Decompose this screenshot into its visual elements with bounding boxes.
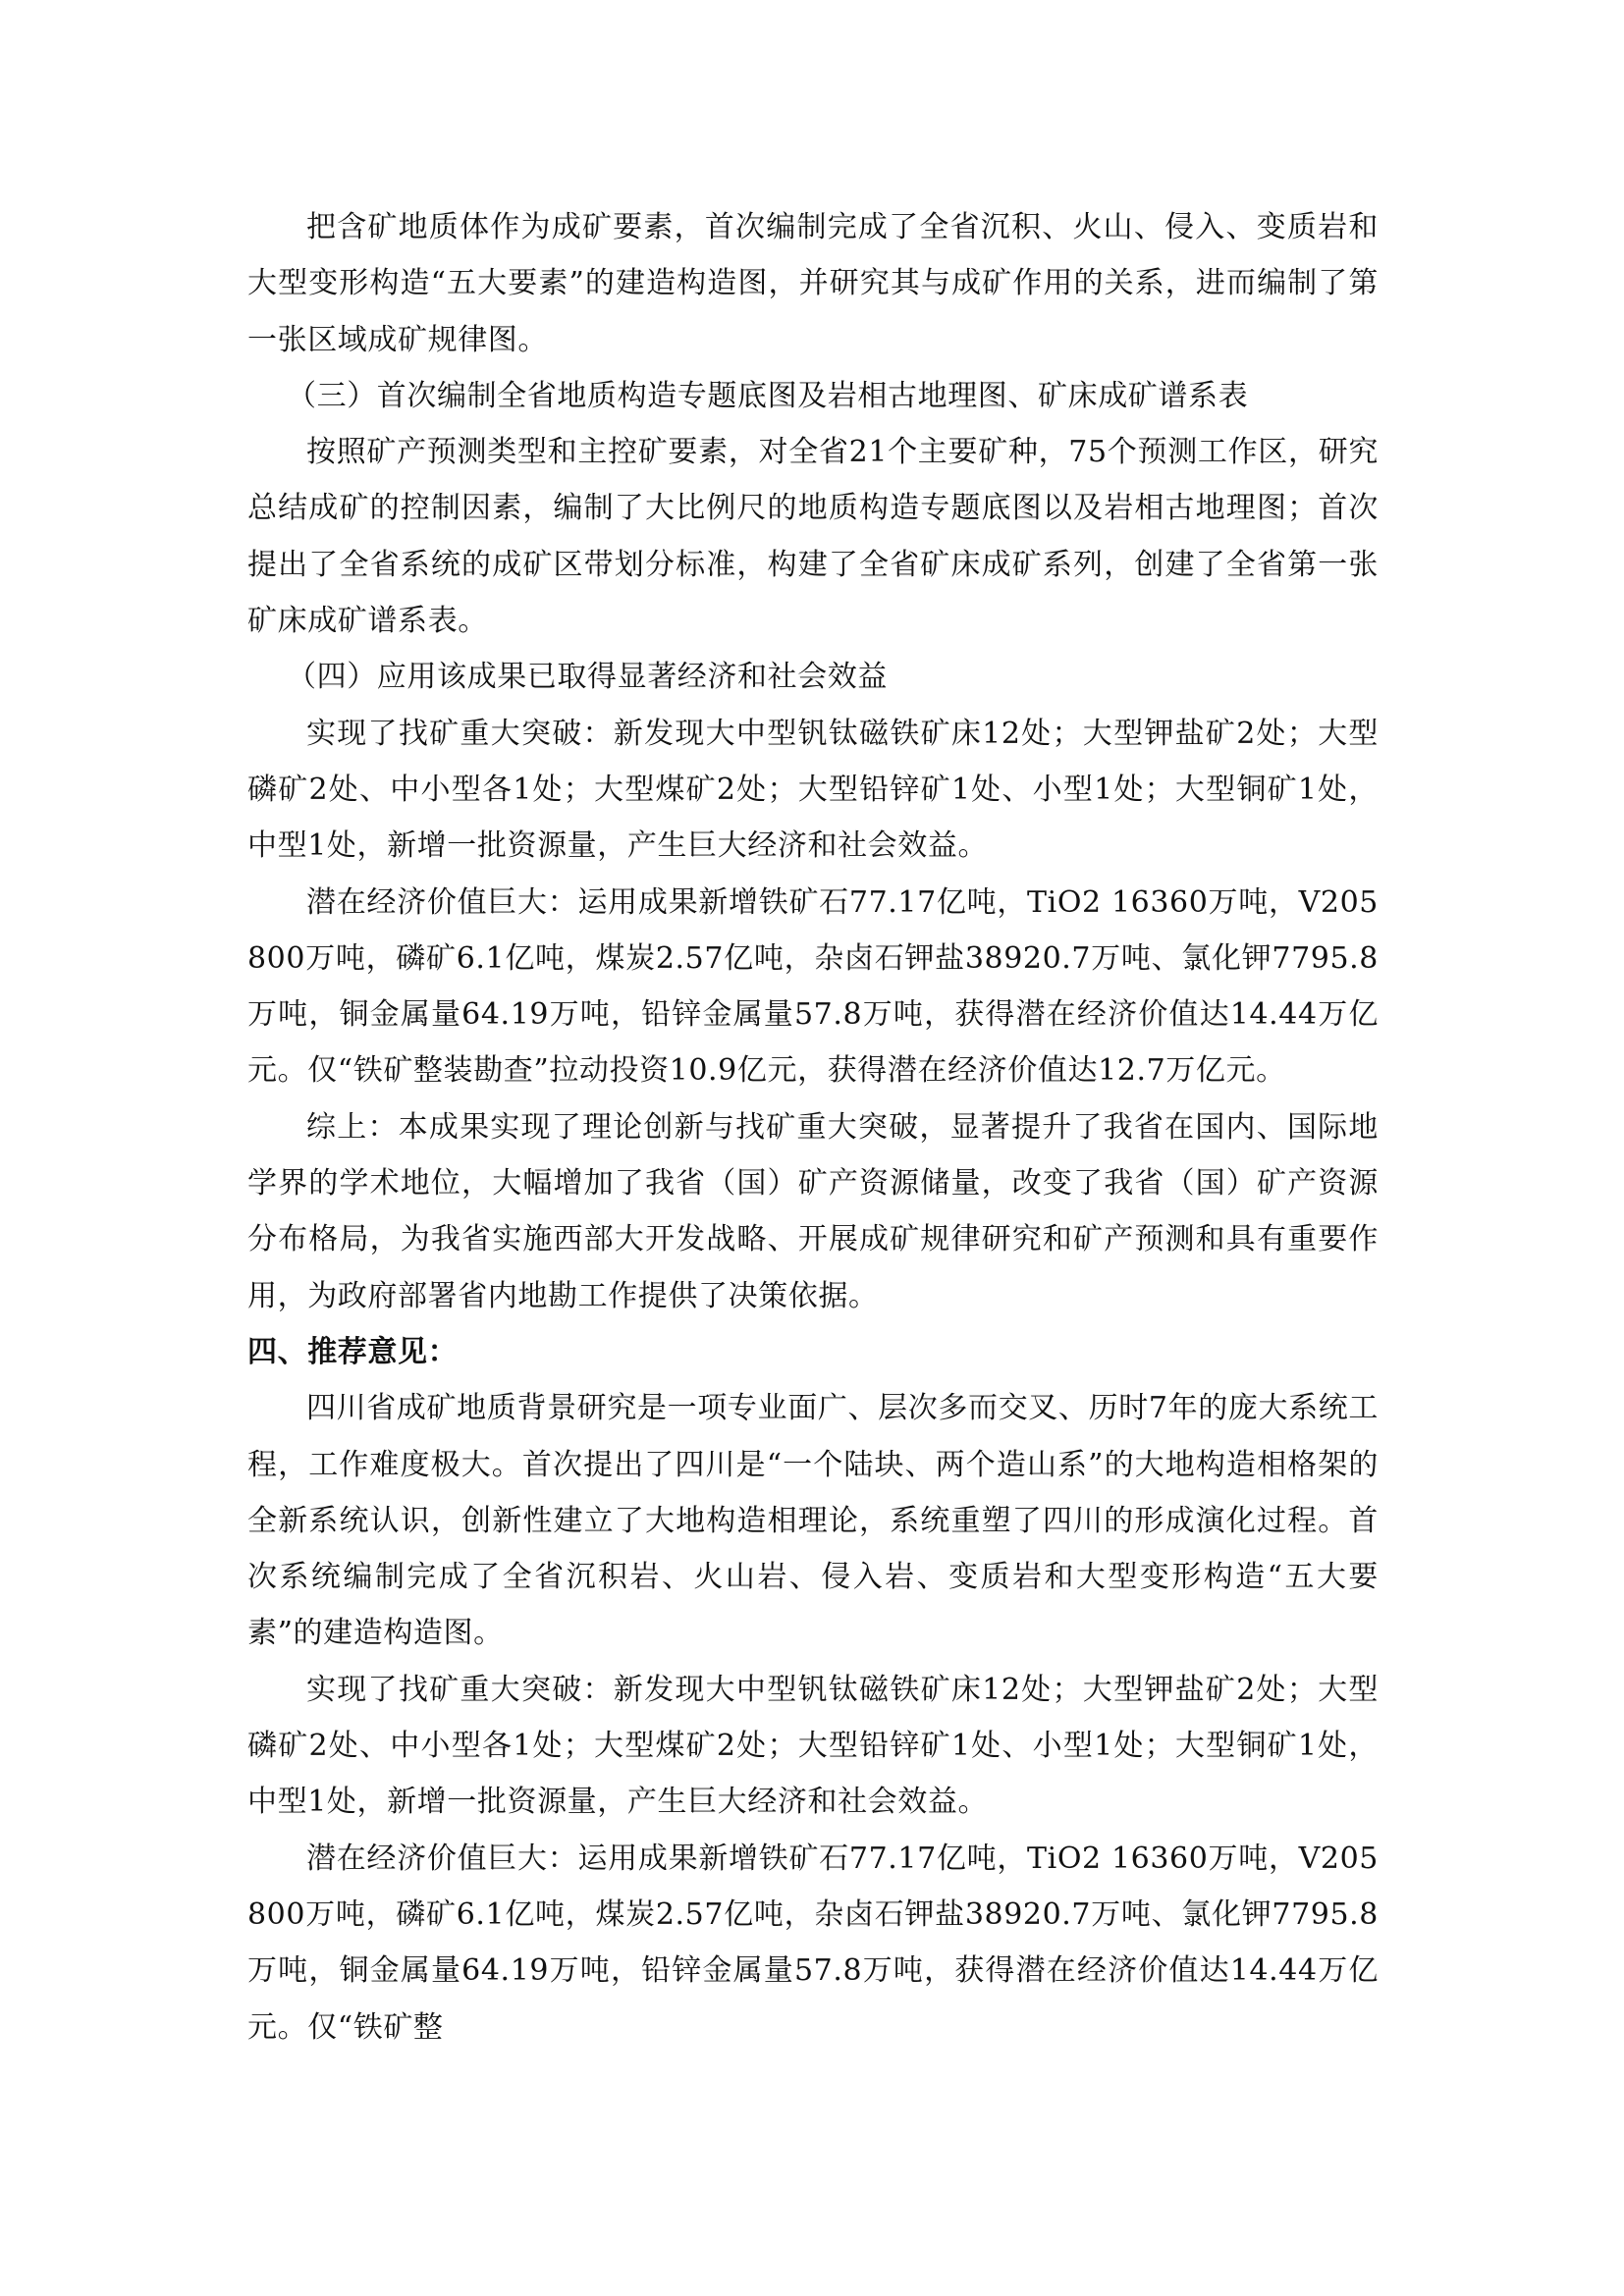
paragraph-ore-elements: 把含矿地质体作为成矿要素，首次编制完成了全省沉积、火山、侵入、变质岩和大型变形构… <box>247 199 1379 368</box>
subheading-four: （四）应用该成果已取得显著经济和社会效益 <box>247 649 1379 705</box>
paragraph-breakthroughs: 实现了找矿重大突破：新发现大中型钒钛磁铁矿床12处；大型钾盐矿2处；大型磷矿2处… <box>247 706 1379 875</box>
document-page: 把含矿地质体作为成矿要素，首次编制完成了全省沉积、火山、侵入、变质岩和大型变形构… <box>247 199 1379 2056</box>
paragraph-economic-value-repeat: 潜在经济价值巨大：运用成果新增铁矿石77.17亿吨，TiO2 16360万吨，V… <box>247 1831 1379 2056</box>
paragraph-recommendation-overview: 四川省成矿地质背景研究是一项专业面广、层次多而交叉、历时7年的庞大系统工程，工作… <box>247 1380 1379 1661</box>
paragraph-summary: 综上：本成果实现了理论创新与找矿重大突破，显著提升了我省在国内、国际地学界的学术… <box>247 1099 1379 1324</box>
subheading-three: （三）首次编制全省地质构造专题底图及岩相古地理图、矿床成矿谱系表 <box>247 368 1379 424</box>
paragraph-prediction-types: 按照矿产预测类型和主控矿要素，对全省21个主要矿种，75个预测工作区，研究总结成… <box>247 424 1379 649</box>
section-heading-recommendation: 四、推荐意见： <box>247 1324 1379 1380</box>
paragraph-breakthroughs-repeat: 实现了找矿重大突破：新发现大中型钒钛磁铁矿床12处；大型钾盐矿2处；大型磷矿2处… <box>247 1662 1379 1831</box>
paragraph-economic-value: 潜在经济价值巨大：运用成果新增铁矿石77.17亿吨，TiO2 16360万吨，V… <box>247 875 1379 1099</box>
